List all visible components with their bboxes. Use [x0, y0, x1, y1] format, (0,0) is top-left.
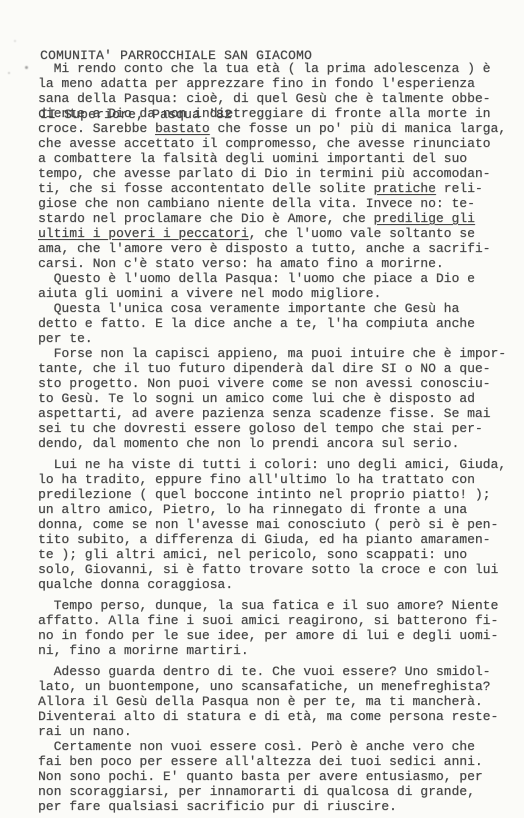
text-line: no in fondo per le sue idee, per amore d…: [38, 628, 518, 643]
text-line: croce. Sarebbe bastato che fosse un po' …: [38, 121, 518, 136]
text-line: Questo è l'uomo della Pasqua: l'uomo che…: [38, 271, 518, 286]
document-body: Mi rendo conto che la tua età ( la prima…: [38, 61, 518, 814]
text-line: detto e fatto. E la dice anche a te, l'h…: [38, 316, 518, 331]
text-line: dendo, dal momento che non lo prendi anc…: [38, 436, 518, 451]
text-line: Non sono pochi. E' quanto basta per aver…: [38, 769, 518, 784]
paragraph: Forse non la capisci appieno, ma puoi in…: [38, 346, 518, 451]
text-line: ti, che si fosse accontentato delle soli…: [38, 181, 518, 196]
text-line: solo, Giovanni, si è fatto trovare sotto…: [38, 562, 518, 577]
text-line: sana della Pasqua: cioè, di quel Gesù ch…: [38, 91, 518, 106]
text-line: la meno adatta per apprezzare fino in fo…: [38, 76, 518, 91]
text-line: carsi. Non c'è stato verso: ha amato fin…: [38, 256, 518, 271]
text-line: a combattere la falsità degli uomini imp…: [38, 151, 518, 166]
text-line: predilezione ( quel boccone intinto nel …: [38, 487, 518, 502]
paragraph: Mi rendo conto che la tua età ( la prima…: [38, 61, 518, 271]
text-line: lato, un buontempone, uno scansafatiche,…: [38, 679, 518, 694]
text-line: Questa l'unica cosa veramente importante…: [38, 301, 518, 316]
paragraph: Questa l'unica cosa veramente importante…: [38, 301, 518, 346]
text-line: lo ha tradito, eppure fino all'ultimo lo…: [38, 472, 518, 487]
paragraph: Lui ne ha viste di tutti i colori: uno d…: [38, 457, 518, 592]
text-line: qualche donna coraggiosa.: [38, 577, 518, 592]
text-line: giose che non cambiano niente della vita…: [38, 196, 518, 211]
paragraph: Questo è l'uomo della Pasqua: l'uomo che…: [38, 271, 518, 301]
text-line: rai un nano.: [38, 724, 518, 739]
text-line: diente a Dio da non indietreggiare di fr…: [38, 106, 518, 121]
text-line: Allora il Gesù della Pasqua non è per te…: [38, 694, 518, 709]
scan-noise-speck: [8, 72, 10, 74]
text-line: affatto. Alla fine i suoi amici reagiron…: [38, 613, 518, 628]
text-line: fai ben poco per essere all'altezza dei …: [38, 754, 518, 769]
paragraph: Adesso guarda dentro di te. Che vuoi ess…: [38, 664, 518, 739]
text-line: to Gesù. Te lo sogni un amico come lui c…: [38, 391, 518, 406]
text-line: Forse non la capisci appieno, ma puoi in…: [38, 346, 518, 361]
text-line: donna, come se non l'avesse mai conosciu…: [38, 517, 518, 532]
text-line: un altro amico, Pietro, lo ha rinnegato …: [38, 502, 518, 517]
scan-noise-speck: [14, 40, 16, 42]
text-line: te ); gli altri amici, nel pericolo, son…: [38, 547, 518, 562]
text-line: per te.: [38, 331, 518, 346]
text-line: Tempo perso, dunque, la sua fatica e il …: [38, 598, 518, 613]
text-line: stardo nel proclamare che Dio è Amore, c…: [38, 211, 518, 226]
text-line: Certamente non vuoi essere così. Però è …: [38, 739, 518, 754]
text-line: che avesse accettato il compromesso, che…: [38, 136, 518, 151]
text-line: ultimi i poveri i peccatori, che l'uomo …: [38, 226, 518, 241]
text-line: per fare qualsiasi sacrificio pur di riu…: [38, 799, 518, 814]
text-line: aspettarti, ad avere pazienza senza scad…: [38, 406, 518, 421]
text-line: tante, che il tuo futuro dipenderà dal d…: [38, 361, 518, 376]
text-line: aiuta gli uomini a vivere nel modo migli…: [38, 286, 518, 301]
text-line: ni, fino a morirne martiri.: [38, 643, 518, 658]
scanned-letter-page: COMUNITA' PARROCCHIALE SAN GIACOMO II Su…: [0, 0, 524, 818]
text-line: Mi rendo conto che la tua età ( la prima…: [38, 61, 518, 76]
paragraph: Tempo perso, dunque, la sua fatica e il …: [38, 598, 518, 658]
text-line: tito subito, a differenza di Giuda, ed h…: [38, 532, 518, 547]
text-line: Lui ne ha viste di tutti i colori: uno d…: [38, 457, 518, 472]
text-line: Diventerai alto di statura e di età, ma …: [38, 709, 518, 724]
text-line: Adesso guarda dentro di te. Che vuoi ess…: [38, 664, 518, 679]
text-line: tempo, che avesse parlato di Dio in term…: [38, 166, 518, 181]
text-line: ama, che l'amore vero è disposto a tutto…: [38, 241, 518, 256]
scan-noise-speck: [25, 66, 28, 69]
paragraph: Certamente non vuoi essere così. Però è …: [38, 739, 518, 814]
text-line: sto progetto. Non puoi vivere come se no…: [38, 376, 518, 391]
text-line: sei tu che dovresti essere goloso del te…: [38, 421, 518, 436]
text-line: non scoraggiarsi, per innamorarti di qua…: [38, 784, 518, 799]
